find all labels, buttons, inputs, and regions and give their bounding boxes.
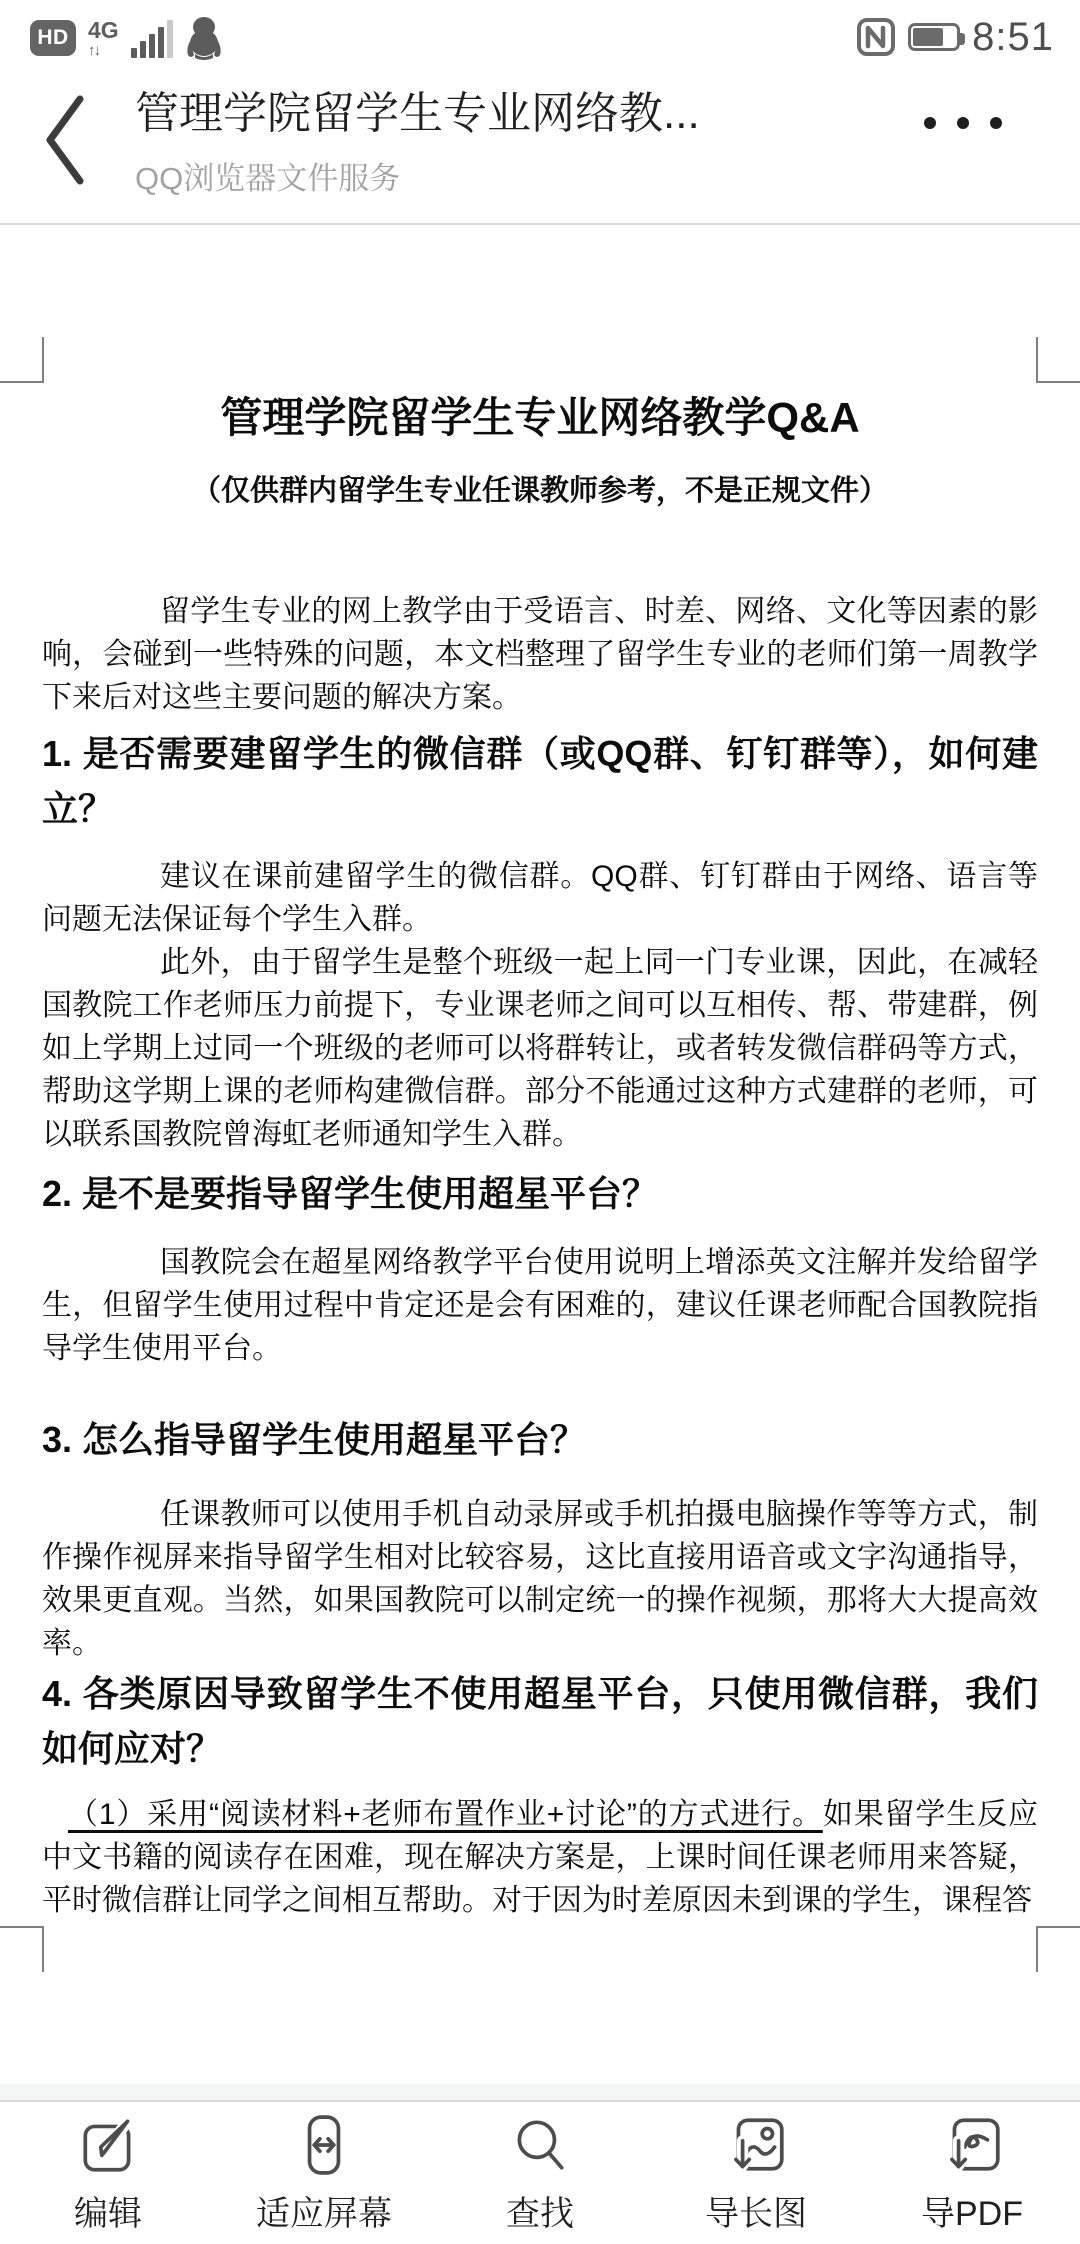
doc-intro-paragraph: 留学生专业的网上教学由于受语言、时差、网络、文化等因素的影响，会碰到一些特殊的问…: [42, 590, 1038, 719]
toolbar-divider: [0, 2084, 1080, 2102]
more-menu-button[interactable]: [924, 117, 1002, 129]
phone-screen: HD 4G ↑↓: [0, 0, 1080, 2244]
status-right-cluster: 8:51: [856, 12, 1054, 62]
section-4-paragraph-1: （1）采用“阅读材料+老师布置作业+讨论”的方式进行。如果留学生反应中文书籍的阅…: [42, 1793, 1038, 1922]
header-titles: 管理学院留学生专业网络教... QQ浏览器文件服务: [135, 77, 895, 198]
edit-icon: [75, 2112, 141, 2178]
clock-time: 8:51: [972, 15, 1054, 60]
network-indicator: 4G ↑↓: [88, 19, 119, 58]
fit-screen-button[interactable]: 适应屏幕: [216, 2104, 432, 2244]
signal-bars-icon: [131, 18, 173, 58]
export-pdf-button[interactable]: 导PDF: [864, 2104, 1080, 2244]
doc-note: （仅供群内留学生专业任课教师参考，不是正规文件）: [0, 468, 1080, 509]
section-heading-4: 4. 各类原因导致留学生不使用超星平台，只使用微信群，我们如何应对？: [42, 1666, 1038, 1776]
export-pdf-label: 导PDF: [921, 2186, 1023, 2235]
document-title-header: 管理学院留学生专业网络教...: [135, 77, 895, 141]
file-service-subtitle: QQ浏览器文件服务: [135, 153, 895, 198]
app-header: 管理学院留学生专业网络教... QQ浏览器文件服务: [0, 75, 1080, 225]
page-corner-mark-top-right: [1036, 337, 1080, 383]
underlined-method-text: （1）采用“阅读材料+老师布置作业+讨论”的方式进行。: [68, 1798, 823, 1831]
document-page[interactable]: 管理学院留学生专业网络教学Q&A （仅供群内留学生专业任课教师参考，不是正规文件…: [0, 227, 1080, 2085]
back-button[interactable]: [36, 85, 96, 195]
edit-label: 编辑: [74, 2186, 142, 2235]
section-heading-3: 3. 怎么指导留学生使用超星平台？: [42, 1412, 1038, 1467]
status-bar: HD 4G ↑↓: [0, 0, 1080, 75]
fit-screen-icon: [291, 2112, 357, 2178]
section-heading-1: 1. 是否需要建留学生的微信群（或QQ群、钉钉群等），如何建立？: [42, 726, 1038, 836]
fit-screen-label: 适应屏幕: [256, 2186, 392, 2235]
page-corner-mark-bottom-left: [0, 1926, 44, 1972]
search-icon: [507, 2112, 573, 2178]
section-3-paragraph-1: 任课教师可以使用手机自动录屏或手机拍摄电脑操作等等方式，制作操作视屏来指导留学生…: [42, 1493, 1038, 1665]
find-label: 查找: [506, 2186, 574, 2235]
doc-title: 管理学院留学生专业网络教学Q&A: [0, 385, 1080, 445]
hd-badge-icon: HD: [30, 20, 76, 56]
section-heading-2: 2. 是不是要指导留学生使用超星平台？: [42, 1166, 1038, 1221]
page-corner-mark-top-left: [0, 337, 44, 383]
find-button[interactable]: 查找: [432, 2104, 648, 2244]
data-activity-arrows-icon: ↑↓: [88, 43, 99, 58]
section-1-paragraph-2: 此外，由于留学生是整个班级一起上同一门专业课，因此，在减轻国教院工作老师压力前提…: [42, 941, 1038, 1156]
nfc-icon: [856, 17, 896, 57]
section-2-paragraph-1: 国教院会在超星网络教学平台使用说明上增添英文注解并发给留学生，但留学生使用过程中…: [42, 1241, 1038, 1370]
export-pdf-icon: [939, 2112, 1005, 2178]
edit-button[interactable]: 编辑: [0, 2104, 216, 2244]
export-long-image-button[interactable]: 导长图: [648, 2104, 864, 2244]
qq-penguin-notification-icon: [183, 15, 225, 61]
page-corner-mark-bottom-right: [1036, 1926, 1080, 1972]
network-type-label: 4G: [88, 19, 119, 42]
battery-icon: [908, 23, 960, 51]
status-left-cluster: HD 4G ↑↓: [30, 14, 225, 62]
section-1-paragraph-1: 建议在课前建留学生的微信群。QQ群、钉钉群由于网络、语言等问题无法保证每个学生入…: [42, 855, 1038, 941]
bottom-toolbar: 编辑 适应屏幕 查找 导长图: [0, 2104, 1080, 2244]
export-long-image-label: 导长图: [705, 2186, 807, 2235]
export-long-image-icon: [723, 2112, 789, 2178]
